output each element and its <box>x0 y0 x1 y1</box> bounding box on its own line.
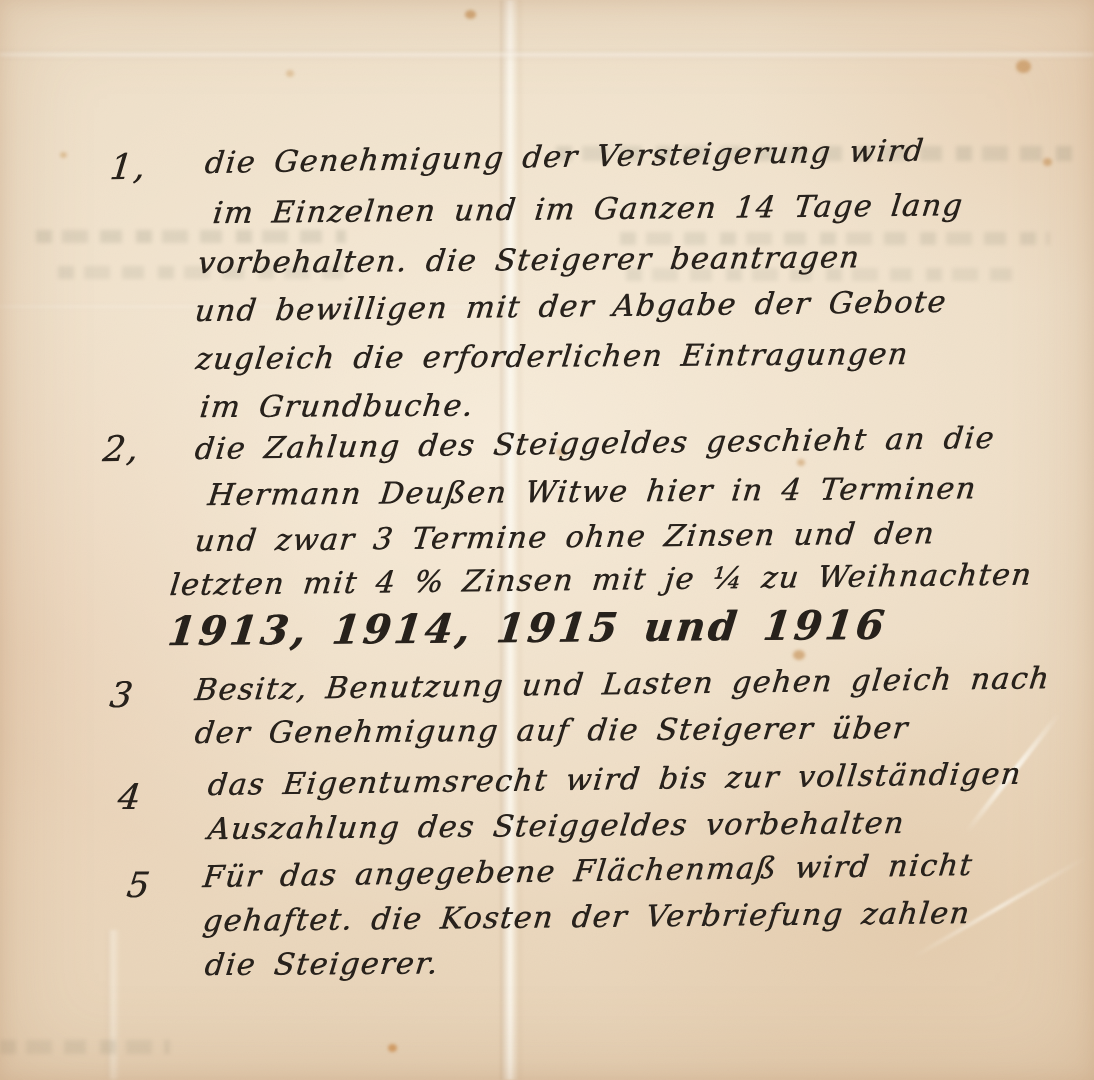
handwritten-line: die Genehmigung der Versteigerung wird <box>203 133 926 181</box>
handwritten-line: letzten mit 4 % Zinsen mit je ¼ zu Weihn… <box>168 557 1034 603</box>
handwritten-line: vorbehalten. die Steigerer beantragen <box>196 240 862 281</box>
item-number: 2, <box>101 429 142 470</box>
fox-spot <box>465 10 476 19</box>
fox-spot <box>793 650 805 660</box>
handwritten-line: zugleich die erforderlichen Eintragungen <box>194 337 911 377</box>
handwritten-line-years: 1913, 1914, 1915 und 1916 <box>165 602 889 655</box>
horizontal-crease-top <box>0 50 1094 59</box>
handwritten-line: die Zahlung des Steiggeldes geschieht an… <box>193 421 997 467</box>
handwritten-line: im Grundbuche. <box>198 389 476 425</box>
handwritten-line: gehaftet. die Kosten der Verbriefung zah… <box>201 896 972 939</box>
document-page: 1, 2, 3 4 5 die Genehmigung der Versteig… <box>0 0 1094 1080</box>
handwritten-line: Für das angegebene Flächenmaß wird nicht <box>201 848 975 895</box>
handwritten-line: der Genehmigung auf die Steigerer über <box>193 711 911 751</box>
handwritten-line: Besitz, Benutzung und Lasten gehen gleic… <box>193 661 1052 708</box>
handwritten-line: und zwar 3 Termine ohne Zinsen und den <box>193 516 937 559</box>
fox-spot <box>388 1044 397 1052</box>
item-number: 3 <box>108 676 137 716</box>
ink-bleed-through <box>36 230 346 243</box>
item-number: 5 <box>125 866 154 906</box>
fox-spot <box>1043 158 1052 166</box>
item-number: 4 <box>116 778 145 818</box>
handwritten-line: und bewilligen mit der Abgabe der Gebote <box>193 285 949 329</box>
ink-bleed-through <box>0 1040 170 1054</box>
fox-spot <box>60 152 67 158</box>
fox-spot <box>797 459 805 466</box>
handwritten-line: Auszahlung des Steiggeldes vorbehalten <box>206 806 907 847</box>
vertical-crease-bottom-left <box>106 930 120 1080</box>
handwritten-line: die Steigerer. <box>203 946 441 983</box>
fox-spot <box>286 70 294 77</box>
item-number: 1, <box>108 147 149 188</box>
handwritten-line: im Einzelnen und im Ganzen 14 Tage lang <box>211 188 965 231</box>
handwritten-line: das Eigentumsrecht wird bis zur vollstän… <box>206 757 1023 803</box>
handwritten-line: Hermann Deußen Witwe hier in 4 Terminen <box>206 471 979 513</box>
fox-spot <box>1016 60 1031 73</box>
